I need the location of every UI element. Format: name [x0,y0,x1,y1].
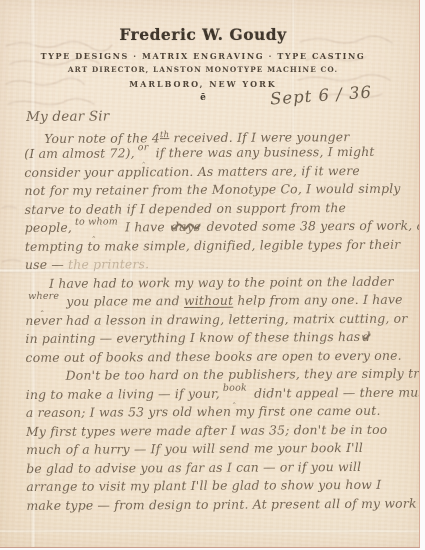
handwriting-line: much of a hurry — If you will send me yo… [26,439,422,460]
handwriting-text: if there was any business, I might [151,144,374,160]
salutation: My dear Sir [24,106,420,127]
underlined-word: without [184,293,233,308]
paragraphs-container: Your note of the 4th received. If I were… [24,124,422,515]
faded-text: the printers. [68,256,149,271]
handwriting-text: people, [25,220,72,235]
paragraph: Your note of the 4th received. If I were… [24,124,421,274]
inserted-word: or [138,139,149,158]
struck-word: d [362,329,370,344]
handwriting-line: arrange to visit my plant I'll be glad t… [26,476,422,497]
handwriting-text: (I am almost 72), [24,145,135,161]
handwriting-text: I have had to work my way to the point o… [49,273,394,290]
fold-crease-horizontal-bottom [0,529,420,533]
handwriting-text: help from any one. I have [233,292,403,308]
handwriting-text: you place me and [62,293,184,309]
handwriting-text: My first types were made after I was 35;… [26,421,388,438]
handwriting-line: Your note of the 4th received. If I were… [24,124,420,145]
letter-body: My dear Sir Your note of the 4th receive… [24,106,422,515]
inserted-word: where [28,288,59,307]
letterhead-affiliation: ART DIRECTOR, LANSTON MONOTYPE MACHINE C… [0,65,406,74]
handwriting-text: I have [121,219,169,234]
letterhead-name: Frederic W. Goudy [0,25,406,44]
handwriting-line: not for my retainer from the Monotype Co… [24,180,420,201]
scanned-letter: Frederic W. Goudy TYPE DESIGNS · MATRIX … [0,0,425,550]
letterhead-services: TYPE DESIGNS · MATRIX ENGRAVING · TYPE C… [0,51,406,61]
handwriting-line: My first types were made after I was 35;… [26,420,422,441]
inserted-word: to whom [75,213,118,232]
handwriting-line: in painting — everything I know of these… [25,328,421,349]
paragraph: I have had to work my way to the point o… [25,272,422,367]
handwriting-line: tempting to make simple, dignified, legi… [25,235,421,256]
handwriting-text: didn't appeal — there must be [250,384,425,400]
handwriting-line: come out of books and these books are op… [25,346,421,367]
handwriting-line: be glad to advise you as far as I can — … [26,457,422,478]
superscript-text: th [160,130,169,140]
handwriting-text: in painting — everything I know of these… [25,329,360,346]
handwriting-text: starve to death if I depended on support… [25,200,347,217]
letter-paper: Frederic W. Goudy TYPE DESIGNS · MATRIX … [0,0,420,548]
scan-edge-right [419,0,425,550]
handwriting-line: people,to whom I have days devoted some … [25,217,421,238]
handwriting-line: never had a lesson in drawing, lettering… [25,309,421,330]
handwriting-line: use — the printers. [25,254,421,275]
handwriting-text: make type — from design to print. At pre… [26,495,425,512]
handwriting-text: not for my retainer from the Monotype Co… [24,181,400,198]
handwriting-text: much of a hurry — If you will send me yo… [26,440,363,457]
handwriting-text: a reason; I was 53 yrs old when my first… [26,403,381,420]
struck-word: days [171,219,201,234]
handwriting-text: use — [25,257,68,272]
handwriting-line: consider your application. As matters ar… [24,161,420,182]
handwriting-line: ing to make a living — if your,book didn… [26,383,422,404]
handwriting-line: I have had to work my way to the point o… [25,272,421,293]
handwriting-text: be glad to advise you as far as I can — … [26,458,361,475]
handwriting-line: where you place me and without help from… [25,291,421,312]
handwriting-text: ing to make a living — if your, [26,385,220,401]
paragraph: Don't be too hard on the publishers, the… [26,365,423,515]
handwriting-line: a reason; I was 53 yrs old when my first… [26,402,422,423]
handwriting-text: devoted some 38 years of work, at- [202,217,425,233]
handwriting-text: tempting to make simple, dignified, legi… [25,236,401,253]
handwriting-line: (I am almost 72),or if there was any bus… [24,143,420,164]
inserted-word: book [223,379,247,398]
handwriting-line: make type — from design to print. At pre… [26,494,422,515]
handwriting-text: come out of books and these books are op… [25,347,401,364]
handwriting-text: never had a lesson in drawing, lettering… [25,310,407,327]
handwriting-text: arrange to visit my plant I'll be glad t… [26,477,381,494]
handwriting-text: consider your application. As matters ar… [24,162,360,179]
